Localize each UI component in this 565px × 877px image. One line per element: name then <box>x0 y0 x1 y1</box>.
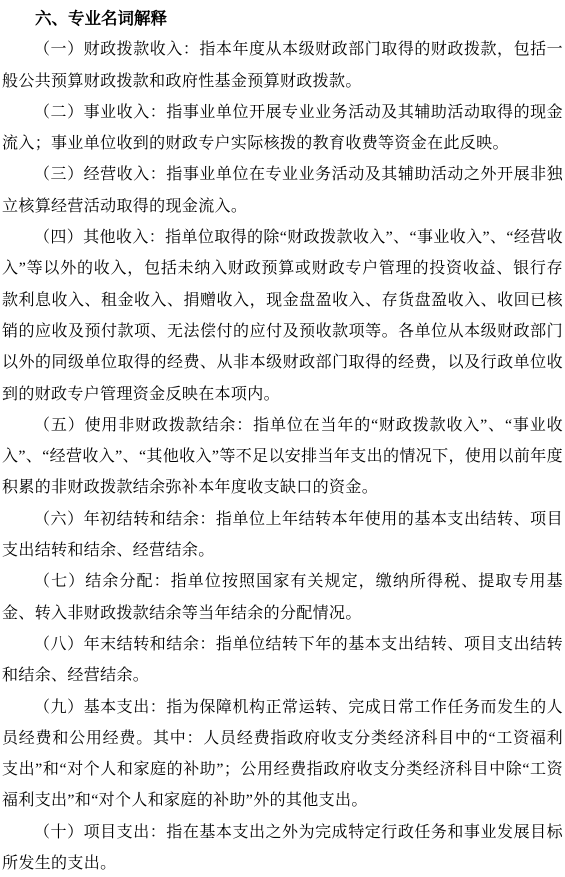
definition-paragraph: （六）年初结转和结余：指单位上年结转本年使用的基本支出结转、项目支出结转和结余、… <box>2 504 563 567</box>
definition-paragraph: （七）结余分配：指单位按照国家有关规定，缴纳所得税、提取专用基金、转入非财政拨款… <box>2 566 563 629</box>
definition-paragraph: （三）经营收入：指事业单位在专业业务活动及其辅助活动之外开展非独立核算经营活动取… <box>2 159 563 222</box>
section-heading: 六、专业名词解释 <box>2 3 563 34</box>
definition-paragraph: （四）其他收入：指单位取得的除“财政拨款收入”、“事业收入”、“经营收入”等以外… <box>2 222 563 410</box>
definition-paragraph: （五）使用非财政拨款结余：指单位在当年的“财政拨款收入”、“事业收入”、“经营收… <box>2 410 563 504</box>
definition-paragraph: （十）项目支出：指在基本支出之外为完成特定行政任务和事业发展目标所发生的支出。 <box>2 817 563 877</box>
definition-paragraph: （九）基本支出：指为保障机构正常运转、完成日常工作任务而发生的人员经费和公用经费… <box>2 692 563 817</box>
definition-paragraph: （二）事业收入：指事业单位开展专业业务活动及其辅助活动取得的现金流入；事业单位收… <box>2 97 563 160</box>
definition-paragraph: （一）财政拨款收入：指本年度从本级财政部门取得的财政拨款，包括一般公共预算财政拨… <box>2 34 563 97</box>
document-page: 六、专业名词解释 （一）财政拨款收入：指本年度从本级财政部门取得的财政拨款，包括… <box>0 0 565 877</box>
definition-paragraph: （八）年末结转和结余：指单位结转下年的基本支出结转、项目支出结转和结余、经营结余… <box>2 629 563 692</box>
